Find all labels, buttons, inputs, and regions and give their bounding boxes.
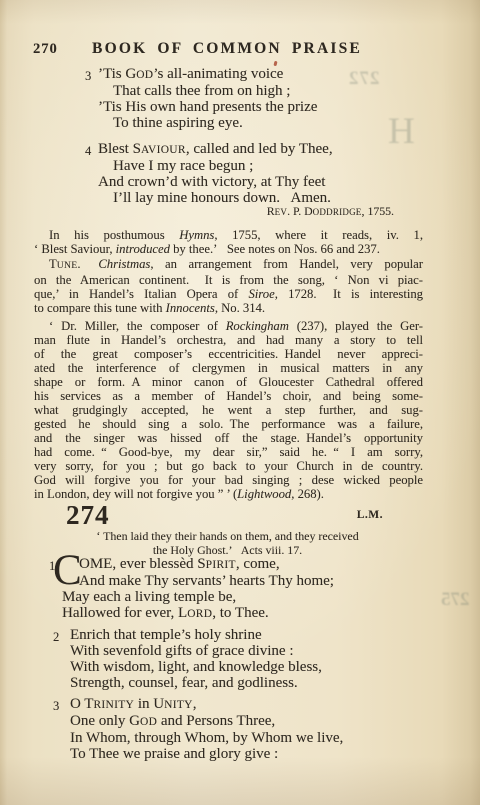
- text-segment: EV: [275, 207, 287, 217]
- text-segment: PIRIT: [206, 559, 236, 571]
- text-segment: , 1755.: [362, 204, 394, 218]
- text-segment: NITY: [164, 699, 193, 711]
- showthrough-text: 275: [441, 589, 470, 611]
- text-segment: Blest S: [98, 141, 141, 157]
- text-line: and the singer was hissed off the stage.…: [34, 431, 423, 445]
- text-segment: , called and led by Thee,: [186, 141, 333, 157]
- text-segment: ‘ Then laid they their hands on them, an…: [96, 529, 358, 543]
- text-line: of the great composer’s eccentricities. …: [34, 347, 423, 361]
- text-segment: gested he should sing a solo. The perfor…: [34, 417, 423, 431]
- text-segment: O T: [70, 696, 93, 712]
- text-segment: in U: [134, 696, 164, 712]
- note-paragraph: ‘ Dr. Miller, the composer of Rockingham…: [34, 319, 423, 502]
- text-line: very sorry, for you ; but go back to you…: [34, 459, 423, 473]
- text-line: had come. “ Good-bye, my dear sir,” said…: [34, 445, 423, 459]
- text-segment: One only G: [70, 713, 140, 729]
- text-segment: T: [49, 257, 57, 271]
- text-line: God will forgive you for your bad singin…: [34, 473, 423, 487]
- book-page: 272 H 275 270 BOOK OF COMMON PRAISE 3 ’T…: [0, 0, 480, 805]
- text-line: his services as a member of Handel’s cho…: [34, 389, 423, 403]
- text-line: ated the interference of clergymen in mu…: [34, 361, 423, 375]
- text-segment: With sevenfold gifts of grace divine :: [70, 643, 294, 659]
- text-segment: , No. 314.: [215, 301, 265, 315]
- text-segment: God will forgive you for your bad singin…: [34, 473, 423, 487]
- text-line: to compare this tune with Innocents, No.…: [34, 301, 423, 315]
- text-segment: And make Thy servants’ hearts Thy home;: [79, 573, 334, 589]
- text-segment: To thine aspiring eye.: [113, 115, 243, 131]
- verse-number: 4: [85, 144, 91, 159]
- text-line: ’Tis GOD’s all-animating voice: [98, 66, 400, 83]
- text-line: In Whom, through Whom, by Whom we live,: [70, 730, 403, 746]
- text-segment: ODDRIDGE: [313, 207, 362, 217]
- text-segment: Hallowed for ever, L: [62, 605, 187, 621]
- text-segment: had come. “ Good-bye, my dear sir,” said…: [34, 445, 423, 459]
- text-segment: man flute in Handel’s orchestra, and had…: [34, 333, 423, 347]
- text-segment: Siroe: [248, 287, 274, 301]
- text-line: May each a living temple be,: [62, 589, 399, 605]
- text-line: O TRINITY in UNITY,: [70, 696, 403, 713]
- text-segment: his services as a member of Handel’s cho…: [34, 389, 423, 403]
- text-line: That calls thee from on high ;: [98, 83, 400, 99]
- text-segment: ’s all-animating voice: [153, 66, 283, 82]
- drop-cap: C: [53, 555, 82, 587]
- text-segment: que,’ in Handel’s Italian Opera of: [34, 287, 248, 301]
- verse-lines: ’Tis GOD’s all-animating voiceThat calls…: [98, 66, 400, 131]
- text-segment: , to Thee.: [212, 605, 268, 621]
- text-segment: ORD: [187, 608, 212, 620]
- hymn-274-verse-2: 2 Enrich that temple’s holy shrineWith s…: [53, 627, 403, 691]
- hymn-273-verse-3: 3 ’Tis GOD’s all-animating voiceThat cal…: [85, 66, 400, 131]
- text-segment: , come,: [236, 556, 280, 572]
- text-segment: Hymns: [179, 228, 214, 242]
- text-line: ‘ Dr. Miller, the composer of Rockingham…: [34, 319, 423, 333]
- text-segment: . P. D: [287, 204, 313, 218]
- text-segment: That calls thee from on high ;: [113, 83, 290, 99]
- text-segment: And crown’d with victory, at Thy feet: [98, 174, 325, 190]
- verse-number: 2: [53, 630, 59, 645]
- hymn-273-verse-4: 4 Blest SAVIOUR, called and led by Thee,…: [85, 141, 400, 206]
- text-segment: , 1728. It is interesting: [275, 287, 423, 301]
- text-line: ‘ Then laid they their hands on them, an…: [40, 530, 415, 544]
- text-line: TUNE. Christmas, an arrangement from Han…: [34, 257, 423, 273]
- text-line: ’Tis His own hand presents the prize: [98, 99, 400, 115]
- text-line: To thine aspiring eye.: [98, 115, 400, 131]
- text-line: Hallowed for ever, LORD, to Thee.: [62, 605, 399, 622]
- text-segment: ated the interference of clergymen in mu…: [34, 361, 423, 375]
- text-segment: shape or form. A minor canon of Gloucest…: [34, 375, 423, 389]
- text-segment: , 268).: [291, 487, 324, 501]
- text-line: man flute in Handel’s orchestra, and had…: [34, 333, 423, 347]
- hymn-number: 274: [66, 502, 110, 528]
- text-segment: With wisdom, light, and knowledge bless,: [70, 659, 322, 675]
- text-segment: (237), played the Ger-: [289, 319, 423, 333]
- text-line: the Holy Ghost.’ Acts viii. 17.: [40, 544, 415, 558]
- text-segment: RINITY: [93, 699, 134, 711]
- text-segment: of the great composer’s eccentricities. …: [34, 347, 423, 361]
- text-segment: To Thee we praise and glory give :: [70, 746, 278, 762]
- text-line: Strength, counsel, fear, and godliness.: [70, 675, 403, 691]
- verse-lines: O TRINITY in UNITY,One only GOD and Pers…: [70, 696, 403, 762]
- note-paragraph: TUNE. Christmas, an arrangement from Han…: [34, 257, 423, 316]
- text-segment: ’Tis His own hand presents the prize: [98, 99, 317, 115]
- text-segment: In Whom, through Whom, by Whom we live,: [70, 730, 343, 746]
- text-line: And crown’d with victory, at Thy feet: [98, 174, 400, 190]
- text-segment: OD: [136, 69, 153, 81]
- text-segment: OD: [140, 716, 157, 728]
- text-segment: Innocents: [166, 301, 215, 315]
- text-segment: very sorry, for you ; but go back to you…: [34, 459, 423, 473]
- page-title: BOOK OF COMMON PRAISE: [0, 40, 454, 58]
- verse-number: 3: [53, 699, 59, 714]
- text-line: One only GOD and Persons Three,: [70, 713, 403, 730]
- text-segment: Strength, counsel, fear, and godliness.: [70, 675, 298, 691]
- text-segment: the Holy Ghost.’ Acts viii. 17.: [153, 543, 302, 557]
- hymn-274-verse-3: 3 O TRINITY in UNITY,One only GOD and Pe…: [53, 696, 403, 762]
- text-segment: Rockingham: [226, 319, 289, 333]
- text-segment: ’Tis G: [98, 66, 136, 82]
- text-segment: to compare this tune with: [34, 301, 166, 315]
- text-line: ‘ Blest Saviour, introduced by thee.’ Se…: [34, 242, 423, 256]
- text-segment: introduced: [116, 242, 170, 256]
- note-paragraph: In his posthumous Hymns, 1755, where it …: [34, 228, 423, 257]
- text-segment: and the singer was hissed off the stage.…: [34, 431, 423, 445]
- text-segment: , an arrangement from Handel, very popul…: [150, 257, 423, 271]
- text-segment: ,: [193, 696, 197, 712]
- text-line: que,’ in Handel’s Italian Opera of Siroe…: [34, 287, 423, 301]
- meter-label: L.M.: [357, 509, 383, 521]
- text-segment: Enrich that temple’s holy shrine: [70, 627, 262, 643]
- text-segment: ‘ Blest Saviour,: [34, 242, 116, 256]
- text-segment: May each a living temple be,: [62, 589, 236, 605]
- text-line: on the American continent. It is from th…: [34, 273, 423, 287]
- text-line: Have I my race begun ;: [98, 158, 400, 174]
- text-line: shape or form. A minor canon of Gloucest…: [34, 375, 423, 389]
- text-segment: by thee.’ See notes on Nos. 66 and 237.: [170, 242, 380, 256]
- verse-lines: OME, ever blessèd SPIRIT, come,And make …: [62, 556, 399, 622]
- text-line: Blest SAVIOUR, called and led by Thee,: [98, 141, 400, 158]
- text-segment: Have I my race begun ;: [113, 158, 253, 174]
- text-segment: Christmas: [98, 257, 150, 271]
- text-segment: .: [77, 257, 98, 271]
- page-header: 270 BOOK OF COMMON PRAISE: [0, 40, 454, 60]
- verse-lines: Blest SAVIOUR, called and led by Thee,Ha…: [98, 141, 400, 206]
- text-line: In his posthumous Hymns, 1755, where it …: [34, 228, 423, 242]
- text-line: With sevenfold gifts of grace divine :: [70, 643, 403, 659]
- epigraph: ‘ Then laid they their hands on them, an…: [40, 530, 415, 557]
- text-line: With wisdom, light, and knowledge bless,: [70, 659, 403, 675]
- editorial-notes: In his posthumous Hymns, 1755, where it …: [34, 228, 423, 501]
- text-line: gested he should sing a solo. The perfor…: [34, 417, 423, 431]
- text-segment: on the American continent. It is from th…: [34, 273, 423, 287]
- text-line: To Thee we praise and glory give :: [70, 746, 403, 762]
- text-segment: UNE: [57, 260, 78, 271]
- text-segment: OME, ever blessèd S: [79, 556, 206, 572]
- text-line: what grudgingly accepted, he went a step…: [34, 403, 423, 417]
- text-segment: what grudgingly accepted, he went a step…: [34, 403, 423, 417]
- text-line: OME, ever blessèd SPIRIT, come,: [62, 556, 399, 573]
- text-line: And make Thy servants’ hearts Thy home;: [62, 573, 399, 589]
- text-segment: ‘ Dr. Miller, the composer of: [49, 319, 226, 333]
- text-segment: In his posthumous: [49, 228, 179, 242]
- text-segment: R: [267, 204, 275, 218]
- text-line: Enrich that temple’s holy shrine: [70, 627, 403, 643]
- author-attribution: REV. P. DODDRIDGE, 1755.: [85, 204, 394, 219]
- text-segment: AVIOUR: [141, 144, 186, 156]
- text-segment: Lightwood: [237, 487, 291, 501]
- text-segment: , 1755, where it reads, iv. 1,: [214, 228, 423, 242]
- hymn-heading: 274 L.M.: [66, 502, 383, 528]
- hymn-274-verse-1: 1 C OME, ever blessèd SPIRIT, come,And m…: [49, 556, 399, 622]
- text-segment: in London, dey will not forgive you ” ’ …: [34, 487, 237, 501]
- verse-lines: Enrich that temple’s holy shrineWith sev…: [70, 627, 403, 691]
- verse-number: 3: [85, 69, 91, 84]
- text-segment: and Persons Three,: [157, 713, 275, 729]
